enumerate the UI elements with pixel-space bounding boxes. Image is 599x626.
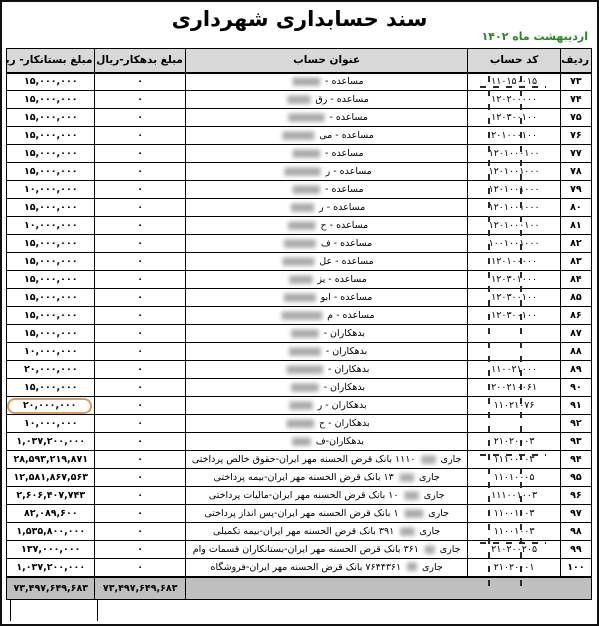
- account-title-cell: مساعده - ██████: [185, 181, 467, 199]
- credit-amount: ۱۵,۰۰۰,۰۰۰: [24, 94, 78, 105]
- table-border-stub: [10, 599, 11, 621]
- account-code-cell: ۱۱۰۲۱۰۷۶: [468, 397, 560, 415]
- redacted-name: ███████: [284, 294, 315, 302]
- table-row: ۹۱۱۱۰۲۱۰۷۶بدهکاران - ر █████ ۰۲۰,۰۰۰,۰۰۰: [7, 397, 592, 415]
- account-title-text: مساعده - ابو: [321, 292, 373, 303]
- account-code-cell: ۱۰۰۱۰۰۱۰۰۰: [468, 235, 560, 253]
- credit-amount-cell: ۱,۰۳۷,۲۰۰,۰۰۰: [7, 559, 95, 577]
- redacted-name: ███████: [284, 240, 315, 248]
- account-number-fragment: ۱۳: [384, 472, 394, 483]
- account-code-cell: ۱۱۱۰۰۰۰۳: [468, 451, 560, 469]
- redacted-name: █████████: [282, 312, 321, 320]
- account-title-text: جاری: [441, 454, 462, 465]
- row-number-cell: ۹۷: [560, 505, 591, 523]
- account-title-cell: جاری ███ ۳۹۱ بانک قرض الحسنه مهر ایران-ب…: [185, 523, 467, 541]
- debit-amount: ۰: [137, 130, 143, 141]
- credit-amount-cell: ۸۲,۰۸۹,۶۰۰: [7, 505, 95, 523]
- account-code-cell: ۱۲۰۳۰۰۱۰۰: [468, 307, 560, 325]
- debit-amount-cell: ۰: [95, 415, 185, 433]
- account-title-text: مساعده - رق: [315, 94, 369, 105]
- redacted-name: ██████: [293, 78, 319, 86]
- total-debit-amount: ۷۳,۴۹۷,۶۴۹,۶۸۳: [95, 577, 185, 600]
- table-row: ۷۳۱۱۰۱۵۰۰۱۵مساعده - ██████ ۰۱۵,۰۰۰,۰۰۰: [7, 73, 592, 91]
- table-row: ۹۹۲۱۰۲۰۰۲۰۵جاری ██ ۳۶۱ بانک قرض الحسنه م…: [7, 541, 592, 559]
- debit-amount-cell: ۰: [95, 451, 185, 469]
- account-code-cell: [468, 415, 560, 433]
- credit-amount-cell: ۱۵,۰۰۰,۰۰۰: [7, 379, 95, 397]
- header-debit-amount: مبلغ بدهکار-ریال: [95, 49, 185, 73]
- debit-amount-cell: ۰: [95, 145, 185, 163]
- account-code-cell: ۱۲۰۱۰۰۱۰۰۰: [468, 199, 560, 217]
- account-title-cell: مساعده - رق █████: [185, 91, 467, 109]
- redacted-name: █████: [290, 402, 312, 410]
- debit-amount: ۰: [137, 346, 143, 357]
- redacted-name: ████████: [287, 366, 322, 374]
- credit-amount: ۱۵,۰۰۰,۰۰۰: [24, 274, 78, 285]
- account-title-text: جاری: [440, 544, 461, 555]
- debit-amount: ۰: [137, 490, 143, 501]
- redacted-name: ███████: [283, 132, 314, 140]
- redacted-name: ██: [407, 563, 416, 571]
- row-number-cell: ۸۸: [560, 343, 591, 361]
- account-title-cell: بدهکاران - ████████: [185, 361, 467, 379]
- credit-amount: ۱۰,۰۰۰,۰۰۰: [24, 346, 78, 357]
- table-row: ۹۳۲۱۰۲۰۰۰۳بدهکاران-ف ████ ۰۱,۰۳۷,۲۰۰,۰۰۰: [7, 433, 592, 451]
- account-title-cell: بدهکاران - ██████: [185, 325, 467, 343]
- debit-amount: ۰: [137, 382, 143, 393]
- credit-amount: ۲۰,۰۰۰,۰۰۰: [24, 364, 78, 375]
- redacted-name: ███████: [283, 258, 314, 266]
- redacted-name: ████: [405, 510, 423, 518]
- credit-amount-cell: ۲۰,۰۰۰,۰۰۰: [7, 397, 95, 415]
- row-number-cell: ۸۰: [560, 199, 591, 217]
- row-number-cell: ۹۴: [560, 451, 591, 469]
- row-number-cell: ۸۹: [560, 361, 591, 379]
- debit-amount-cell: ۰: [95, 379, 185, 397]
- redacted-name: ███████: [289, 348, 320, 356]
- account-code-cell: ۱۲۰۳۰۰۱۰۰: [468, 289, 560, 307]
- redacted-name: ██████: [293, 186, 319, 194]
- table-row: ۹۷۱۱۰۰۱۰۰۳جاری ████ ۱ بانک قرض الحسنه مه…: [7, 505, 592, 523]
- account-title-text: مساعده - می: [319, 130, 374, 141]
- credit-amount: ۱۳۷,۰۰۰,۰۰۰: [21, 544, 80, 555]
- redacted-name: █████: [287, 96, 309, 104]
- credit-amount: ۲,۶۰۶,۴۰۷,۷۴۳: [16, 490, 85, 501]
- table-row: ۹۵۱۱۰۱۰۰۰۵جاری ███ ۱۳ بانک قرض الحسنه مه…: [7, 469, 592, 487]
- page-title: سند حسابداری شهرداری: [2, 7, 597, 31]
- account-title-text: بانک قرض الحسنه مهر ایران-بیمه تکمیلی: [213, 526, 376, 537]
- account-title-cell: مساعده - عل ███████: [185, 253, 467, 271]
- account-title-text: مساعده -: [325, 76, 364, 87]
- account-code-cell: ۱۱۱۰۰۱۰۰۳: [468, 487, 560, 505]
- row-number-cell: ۹۵: [560, 469, 591, 487]
- debit-amount: ۰: [137, 400, 143, 411]
- account-code-cell: ۲۱۰۲۰۰۰۳: [468, 433, 560, 451]
- account-number-fragment: ۳۶۱: [404, 544, 419, 555]
- account-title-cell: بدهکاران - ر █████: [185, 397, 467, 415]
- table-row: ۷۸۱۲۰۱۰۰۱۰۰۰مساعده - ر ████████ ۰۱۵,۰۰۰,…: [7, 163, 592, 181]
- credit-amount-cell: ۱۵,۰۰۰,۰۰۰: [7, 145, 95, 163]
- credit-amount: ۱۲,۵۸۱,۸۶۷,۵۶۳: [13, 472, 88, 483]
- row-number-cell: ۸۷: [560, 325, 591, 343]
- table-row: ۸۰۱۲۰۱۰۰۱۰۰۰مساعده - ر █████ ۰۱۵,۰۰۰,۰۰۰: [7, 199, 592, 217]
- debit-amount-cell: ۰: [95, 217, 185, 235]
- credit-amount: ۱۵,۰۰۰,۰۰۰: [24, 382, 78, 393]
- redacted-name: █████: [289, 276, 311, 284]
- table-row: ۸۳۱۲۰۱۰۰۰۰۰مساعده - عل ███████ ۰۱۵,۰۰۰,۰…: [7, 253, 592, 271]
- credit-amount: ۱,۰۳۷,۲۰۰,۰۰۰: [16, 436, 85, 447]
- redacted-name: ████████: [288, 114, 323, 122]
- account-number-fragment: ۷۶۴۴۳۶۱: [365, 562, 401, 573]
- credit-amount-cell: ۲,۶۰۶,۴۰۷,۷۴۳: [7, 487, 95, 505]
- account-title-cell: بدهکاران-ف ████: [185, 433, 467, 451]
- table-row: ۹۶۱۱۱۰۰۱۰۰۳جاری ███ ۱۰ بانک قرض الحسنه م…: [7, 487, 592, 505]
- account-title-text: مساعده -: [325, 184, 364, 195]
- table-row: ۷۹۱۲۰۱۰۰۱۰۰۰مساعده - ██████ ۰۱۰,۰۰۰,۰۰۰: [7, 181, 592, 199]
- account-code-cell: ۱۱۰۰۱۰۰۳: [468, 523, 560, 541]
- account-title-cell: مساعده - ابو ███████: [185, 289, 467, 307]
- account-title-cell: جاری ███ ۱۰ بانک قرض الحسنه مهر ایران-ما…: [185, 487, 467, 505]
- account-code-cell: ۲۰۰۲۱۰۰۶۱: [468, 379, 560, 397]
- row-number-cell: ۸۴: [560, 271, 591, 289]
- account-title-text: جاری: [428, 508, 449, 519]
- credit-amount: ۱۵,۰۰۰,۰۰۰: [24, 238, 78, 249]
- redacted-name: ██████: [287, 420, 313, 428]
- redacted-name: ███: [405, 492, 418, 500]
- redacted-name: ██████: [291, 330, 317, 338]
- table-row: ۱۰۰۲۱۰۲۰۰۰۱جاری ██ ۷۶۴۴۳۶۱ بانک قرض الحس…: [7, 559, 592, 577]
- account-title-cell: مساعده - م █████████: [185, 307, 467, 325]
- account-title-cell: مساعده - یز █████: [185, 271, 467, 289]
- table-row: ۸۴۱۲۰۳۰۱۰۰۰مساعده - یز █████ ۰۱۵,۰۰۰,۰۰۰: [7, 271, 592, 289]
- account-title-text: بانک قرض الحسنه مهر ایران-فروشگاه: [211, 562, 363, 573]
- account-title-text: مساعده - ر: [319, 202, 365, 213]
- credit-amount-cell: ۱۵,۰۰۰,۰۰۰: [7, 91, 95, 109]
- account-title-text: بدهکاران-ف: [316, 436, 364, 447]
- account-title-text: مساعده - ف: [321, 238, 372, 249]
- row-number-cell: ۸۲: [560, 235, 591, 253]
- table-row: ۸۹۱۱۰۰۲۱۰۰۰بدهکاران - ████████ ۰۲۰,۰۰۰,۰…: [7, 361, 592, 379]
- redacted-name: ███: [421, 456, 434, 464]
- debit-amount: ۰: [137, 526, 143, 537]
- document-date: اردیبهشت ماه ۱۴۰۲: [482, 30, 588, 43]
- row-number-cell: ۸۵: [560, 289, 591, 307]
- account-title-text: مساعده - م: [327, 310, 374, 321]
- credit-amount: ۱۵,۰۰۰,۰۰۰: [24, 328, 78, 339]
- debit-amount: ۰: [137, 454, 143, 465]
- account-code-cell: ۲۰۱۰۰۰۱۰۰: [468, 127, 560, 145]
- debit-amount-cell: ۰: [95, 91, 185, 109]
- accounting-table: ردیف کد حساب عنوان حساب مبلغ بدهکار-ریال…: [6, 48, 592, 600]
- account-title-cell: مساعده - ██████: [185, 73, 467, 91]
- debit-amount: ۰: [137, 148, 143, 159]
- debit-amount-cell: ۰: [95, 253, 185, 271]
- account-number-fragment: ۱: [393, 508, 398, 519]
- credit-amount: ۱۵,۰۰۰,۰۰۰: [24, 202, 78, 213]
- row-number-cell: ۹۹: [560, 541, 591, 559]
- credit-amount-cell: ۱۳۷,۰۰۰,۰۰۰: [7, 541, 95, 559]
- row-number-cell: ۷۹: [560, 181, 591, 199]
- credit-amount-cell: ۱۵,۰۰۰,۰۰۰: [7, 73, 95, 91]
- account-title-cell: بدهکاران - ح ██████: [185, 415, 467, 433]
- debit-amount: ۰: [137, 256, 143, 267]
- account-code-cell: ۱۲۰۱۰۰۱۰۰۰: [468, 181, 560, 199]
- row-number-cell: ۹۲: [560, 415, 591, 433]
- credit-amount-cell: ۱۰,۰۰۰,۰۰۰: [7, 415, 95, 433]
- account-code-cell: ۱۲۰۳۰۰۱۰۰: [468, 109, 560, 127]
- debit-amount-cell: ۰: [95, 181, 185, 199]
- account-code-cell: ۱۱۰۰۲۱۰۰۰: [468, 361, 560, 379]
- account-title-cell: جاری ███ ۱۱۱۰ بانک قرض الحسنه مهر ایران-…: [185, 451, 467, 469]
- account-title-text: بانک قرض الحسنه مهر ایران-بیمه پرداختی: [214, 472, 381, 483]
- row-number-cell: ۹۰: [560, 379, 591, 397]
- credit-amount-cell: ۱۰,۰۰۰,۰۰۰: [7, 217, 95, 235]
- row-number-cell: ۷۳: [560, 73, 591, 91]
- debit-amount: ۰: [137, 544, 143, 555]
- credit-amount: ۱۵,۰۰۰,۰۰۰: [24, 310, 78, 321]
- debit-amount: ۰: [137, 310, 143, 321]
- redacted-name: ██: [425, 546, 434, 554]
- account-code-cell: [468, 343, 560, 361]
- credit-amount: ۱۵,۰۰۰,۰۰۰: [24, 148, 78, 159]
- debit-amount-cell: ۰: [95, 487, 185, 505]
- debit-amount-cell: ۰: [95, 235, 185, 253]
- redacted-name: ███: [400, 474, 413, 482]
- account-title-cell: جاری ████ ۱ بانک قرض الحسنه مهر ایران-پس…: [185, 505, 467, 523]
- credit-amount-cell: ۱۵,۰۰۰,۰۰۰: [7, 307, 95, 325]
- redacted-name: ████████: [285, 168, 320, 176]
- credit-amount-cell: ۱۵,۰۰۰,۰۰۰: [7, 109, 95, 127]
- redacted-name: ███: [400, 528, 413, 536]
- account-title-text: بدهکاران -: [328, 364, 369, 375]
- credit-amount-cell: ۱۵,۰۰۰,۰۰۰: [7, 127, 95, 145]
- account-title-text: بدهکاران - ح: [319, 418, 370, 429]
- debit-amount-cell: ۰: [95, 163, 185, 181]
- account-code-cell: ۱۲۰۱۰۰۰۱۰۰: [468, 145, 560, 163]
- credit-amount-cell: ۱۰,۰۰۰,۰۰۰: [7, 181, 95, 199]
- header-account-code: کد حساب: [468, 49, 560, 73]
- debit-amount: ۰: [137, 364, 143, 375]
- table-border-stub: [97, 599, 98, 621]
- debit-amount: ۰: [137, 94, 143, 105]
- account-code-cell: ۱۱۰۱۰۰۰۵: [468, 469, 560, 487]
- row-number-cell: ۷۶: [560, 127, 591, 145]
- debit-amount-cell: ۰: [95, 199, 185, 217]
- debit-amount-cell: ۰: [95, 541, 185, 559]
- table-row: ۷۴۱۲۰۲۰۰۰۰۰مساعده - رق █████ ۰۱۵,۰۰۰,۰۰۰: [7, 91, 592, 109]
- account-code-cell: ۲۱۰۲۰۰۰۱: [468, 559, 560, 577]
- credit-amount-cell: ۲۰,۰۰۰,۰۰۰: [7, 361, 95, 379]
- account-title-text: مساعده - ر: [326, 166, 372, 177]
- credit-amount: ۱۰,۰۰۰,۰۰۰: [24, 220, 78, 231]
- debit-amount: ۰: [137, 166, 143, 177]
- row-number-cell: ۷۴: [560, 91, 591, 109]
- account-code-cell: ۱۲۰۳۰۱۰۰۰: [468, 271, 560, 289]
- table-row: ۷۷۱۲۰۱۰۰۰۱۰۰مساعده - ██████ ۰۱۵,۰۰۰,۰۰۰: [7, 145, 592, 163]
- account-title-cell: مساعده - ████████: [185, 109, 467, 127]
- account-code-cell: [468, 325, 560, 343]
- account-title-text: مساعده - یز: [317, 274, 366, 285]
- credit-amount: ۱۰,۰۰۰,۰۰۰: [24, 418, 78, 429]
- redacted-name: ██████: [293, 150, 319, 158]
- account-title-cell: مساعده - ح ██████: [185, 217, 467, 235]
- debit-amount: ۰: [137, 202, 143, 213]
- redacted-name: ████: [292, 438, 310, 446]
- account-title-text: جاری: [419, 472, 440, 483]
- account-title-cell: جاری ███ ۱۳ بانک قرض الحسنه مهر ایران-بی…: [185, 469, 467, 487]
- account-code-cell: ۱۲۰۱۰۰۰۱۰۰: [468, 217, 560, 235]
- header-account-title: عنوان حساب: [185, 49, 467, 73]
- header-row-number: ردیف: [560, 49, 591, 73]
- debit-amount-cell: ۰: [95, 127, 185, 145]
- debit-amount: ۰: [137, 238, 143, 249]
- debit-amount-cell: ۰: [95, 397, 185, 415]
- credit-amount-cell: ۱۵,۰۰۰,۰۰۰: [7, 289, 95, 307]
- total-row-spacer: [185, 577, 591, 600]
- header-row: ردیف کد حساب عنوان حساب مبلغ بدهکار-ریال…: [7, 49, 592, 73]
- credit-amount: ۱,۵۳۵,۸۰۰,۰۰۰: [16, 526, 85, 537]
- account-title-cell: مساعده - ر ████████: [185, 163, 467, 181]
- account-number-fragment: ۱۰: [388, 490, 398, 501]
- accounting-document-page: سند حسابداری شهرداری اردیبهشت ماه ۱۴۰۲ ر…: [0, 0, 599, 626]
- row-number-cell: ۹۸: [560, 523, 591, 541]
- debit-amount: ۰: [137, 76, 143, 87]
- table-row: ۹۴۱۱۱۰۰۰۰۳جاری ███ ۱۱۱۰ بانک قرض الحسنه …: [7, 451, 592, 469]
- account-title-text: بدهکاران -: [326, 346, 367, 357]
- account-title-cell: بدهکاران - ██████: [185, 379, 467, 397]
- table-row: ۷۵۱۲۰۳۰۰۱۰۰مساعده - ████████ ۰۱۵,۰۰۰,۰۰۰: [7, 109, 592, 127]
- debit-amount-cell: ۰: [95, 505, 185, 523]
- credit-amount: ۱۵,۰۰۰,۰۰۰: [24, 112, 78, 123]
- debit-amount: ۰: [137, 112, 143, 123]
- total-credit-amount: ۷۳,۴۹۷,۶۴۹,۶۸۳: [7, 577, 95, 600]
- row-number-cell: ۷۸: [560, 163, 591, 181]
- row-number-cell: ۱۰۰: [560, 559, 591, 577]
- row-number-cell: ۹۱: [560, 397, 591, 415]
- credit-amount-cell: ۱۰,۰۰۰,۰۰۰: [7, 343, 95, 361]
- row-number-cell: ۸۶: [560, 307, 591, 325]
- account-code-cell: ۱۱۰۱۵۰۰۱۵: [468, 73, 560, 91]
- credit-amount: ۲۸,۵۹۳,۲۱۹,۸۷۱: [13, 454, 88, 465]
- debit-amount-cell: ۰: [95, 523, 185, 541]
- table-row: ۹۲بدهکاران - ح ██████ ۰۱۰,۰۰۰,۰۰۰: [7, 415, 592, 433]
- account-title-cell: جاری ██ ۷۶۴۴۳۶۱ بانک قرض الحسنه مهر ایرا…: [185, 559, 467, 577]
- account-code-cell: ۲۱۰۲۰۰۲۰۵: [468, 541, 560, 559]
- credit-amount-cell: ۱,۵۳۵,۸۰۰,۰۰۰: [7, 523, 95, 541]
- credit-amount: ۱۰,۰۰۰,۰۰۰: [24, 184, 78, 195]
- account-code-cell: ۱۲۰۲۰۰۰۰۰: [468, 91, 560, 109]
- debit-amount-cell: ۰: [95, 109, 185, 127]
- account-title-text: بانک قرض الحسنه مهر ایران-مالیات پرداختی: [209, 490, 385, 501]
- credit-amount: ۱,۰۳۷,۲۰۰,۰۰۰: [16, 562, 85, 573]
- credit-amount-cell: ۱۵,۰۰۰,۰۰۰: [7, 235, 95, 253]
- account-title-text: جاری: [419, 526, 440, 537]
- account-number-fragment: ۱۱۱۰: [395, 454, 415, 465]
- debit-amount: ۰: [137, 472, 143, 483]
- header-credit-amount: مبلغ بستانکار- ریال: [7, 49, 95, 73]
- account-number-fragment: ۳۹۱: [379, 526, 394, 537]
- account-title-cell: مساعده - می ███████: [185, 127, 467, 145]
- credit-amount: ۱۵,۰۰۰,۰۰۰: [24, 256, 78, 267]
- table-row: ۷۶۲۰۱۰۰۰۱۰۰مساعده - می ███████ ۰۱۵,۰۰۰,۰…: [7, 127, 592, 145]
- credit-amount: ۱۵,۰۰۰,۰۰۰: [24, 292, 78, 303]
- debit-amount-cell: ۰: [95, 307, 185, 325]
- account-title-text: جاری: [422, 562, 443, 573]
- credit-amount: ۱۵,۰۰۰,۰۰۰: [24, 166, 78, 177]
- table-row: ۹۰۲۰۰۲۱۰۰۶۱بدهکاران - ██████ ۰۱۵,۰۰۰,۰۰۰: [7, 379, 592, 397]
- debit-amount: ۰: [137, 418, 143, 429]
- account-title-cell: جاری ██ ۳۶۱ بانک قرض الحسنه مهر ایران-بس…: [185, 541, 467, 559]
- debit-amount: ۰: [137, 508, 143, 519]
- redacted-name: ██████: [288, 222, 314, 230]
- table-row: ۸۶۱۲۰۳۰۰۱۰۰مساعده - م █████████ ۰۱۵,۰۰۰,…: [7, 307, 592, 325]
- row-number-cell: ۹۶: [560, 487, 591, 505]
- account-title-text: بدهکاران - ر: [318, 400, 367, 411]
- account-title-text: بانک قرض الحسنه مهر ایران-پس انداز پرداخ…: [204, 508, 390, 519]
- debit-amount: ۰: [137, 562, 143, 573]
- row-number-cell: ۷۷: [560, 145, 591, 163]
- debit-amount-cell: ۰: [95, 325, 185, 343]
- row-number-cell: ۹۳: [560, 433, 591, 451]
- debit-amount: ۰: [137, 436, 143, 447]
- credit-amount-cell: ۲۸,۵۹۳,۲۱۹,۸۷۱: [7, 451, 95, 469]
- account-title-text: مساعده -: [329, 112, 368, 123]
- debit-amount-cell: ۰: [95, 469, 185, 487]
- account-code-cell: ۱۲۰۱۰۰۱۰۰۰: [468, 163, 560, 181]
- account-title-cell: مساعده - ██████: [185, 145, 467, 163]
- debit-amount-cell: ۰: [95, 361, 185, 379]
- debit-amount-cell: ۰: [95, 559, 185, 577]
- debit-amount: ۰: [137, 328, 143, 339]
- table-row: ۸۸بدهکاران - ███████ ۰۱۰,۰۰۰,۰۰۰: [7, 343, 592, 361]
- credit-amount-highlighted: ۲۰,۰۰۰,۰۰۰: [7, 398, 93, 414]
- redacted-name: ██████: [291, 384, 317, 392]
- account-code-cell: ۱۲۰۱۰۰۰۰۰: [468, 253, 560, 271]
- account-title-text: بانک قرض الحسنه مهر ایران-حقوق خالص پردا…: [192, 454, 392, 465]
- table-row: ۹۸۱۱۰۰۱۰۰۳جاری ███ ۳۹۱ بانک قرض الحسنه م…: [7, 523, 592, 541]
- table-row: ۸۲۱۰۰۱۰۰۱۰۰۰مساعده - ف ███████ ۰۱۵,۰۰۰,۰…: [7, 235, 592, 253]
- total-row: ۷۳,۴۹۷,۶۴۹,۶۸۳ ۷۳,۴۹۷,۶۴۹,۶۸۳: [7, 577, 592, 600]
- credit-amount-cell: ۱۲,۵۸۱,۸۶۷,۵۶۳: [7, 469, 95, 487]
- debit-amount-cell: ۰: [95, 289, 185, 307]
- account-title-text: بدهکاران -: [324, 328, 365, 339]
- redacted-name: █████: [291, 204, 313, 212]
- credit-amount: ۱۵,۰۰۰,۰۰۰: [24, 76, 78, 87]
- credit-amount: ۱۵,۰۰۰,۰۰۰: [24, 130, 78, 141]
- debit-amount-cell: ۰: [95, 433, 185, 451]
- credit-amount: ۸۲,۰۸۹,۶۰۰: [24, 508, 78, 519]
- table-row: ۸۵۱۲۰۳۰۰۱۰۰مساعده - ابو ███████ ۰۱۵,۰۰۰,…: [7, 289, 592, 307]
- account-title-cell: مساعده - ف ███████: [185, 235, 467, 253]
- account-title-text: بانک قرض الحسنه مهر ایران-بستانکاران قسم…: [193, 544, 401, 555]
- account-code-cell: ۱۱۰۰۱۰۰۳: [468, 505, 560, 523]
- row-number-cell: ۷۵: [560, 109, 591, 127]
- account-title-text: مساعده -: [325, 148, 364, 159]
- debit-amount: ۰: [137, 274, 143, 285]
- credit-amount-cell: ۱۵,۰۰۰,۰۰۰: [7, 199, 95, 217]
- debit-amount-cell: ۰: [95, 343, 185, 361]
- debit-amount-cell: ۰: [95, 271, 185, 289]
- account-title-cell: بدهکاران - ███████: [185, 343, 467, 361]
- credit-amount-cell: ۱۵,۰۰۰,۰۰۰: [7, 325, 95, 343]
- debit-amount: ۰: [137, 220, 143, 231]
- credit-amount-cell: ۱۵,۰۰۰,۰۰۰: [7, 271, 95, 289]
- account-title-text: مساعده - ح: [320, 220, 368, 231]
- row-number-cell: ۸۱: [560, 217, 591, 235]
- account-title-cell: مساعده - ر █████: [185, 199, 467, 217]
- account-title-text: بدهکاران -: [324, 382, 365, 393]
- debit-amount: ۰: [137, 292, 143, 303]
